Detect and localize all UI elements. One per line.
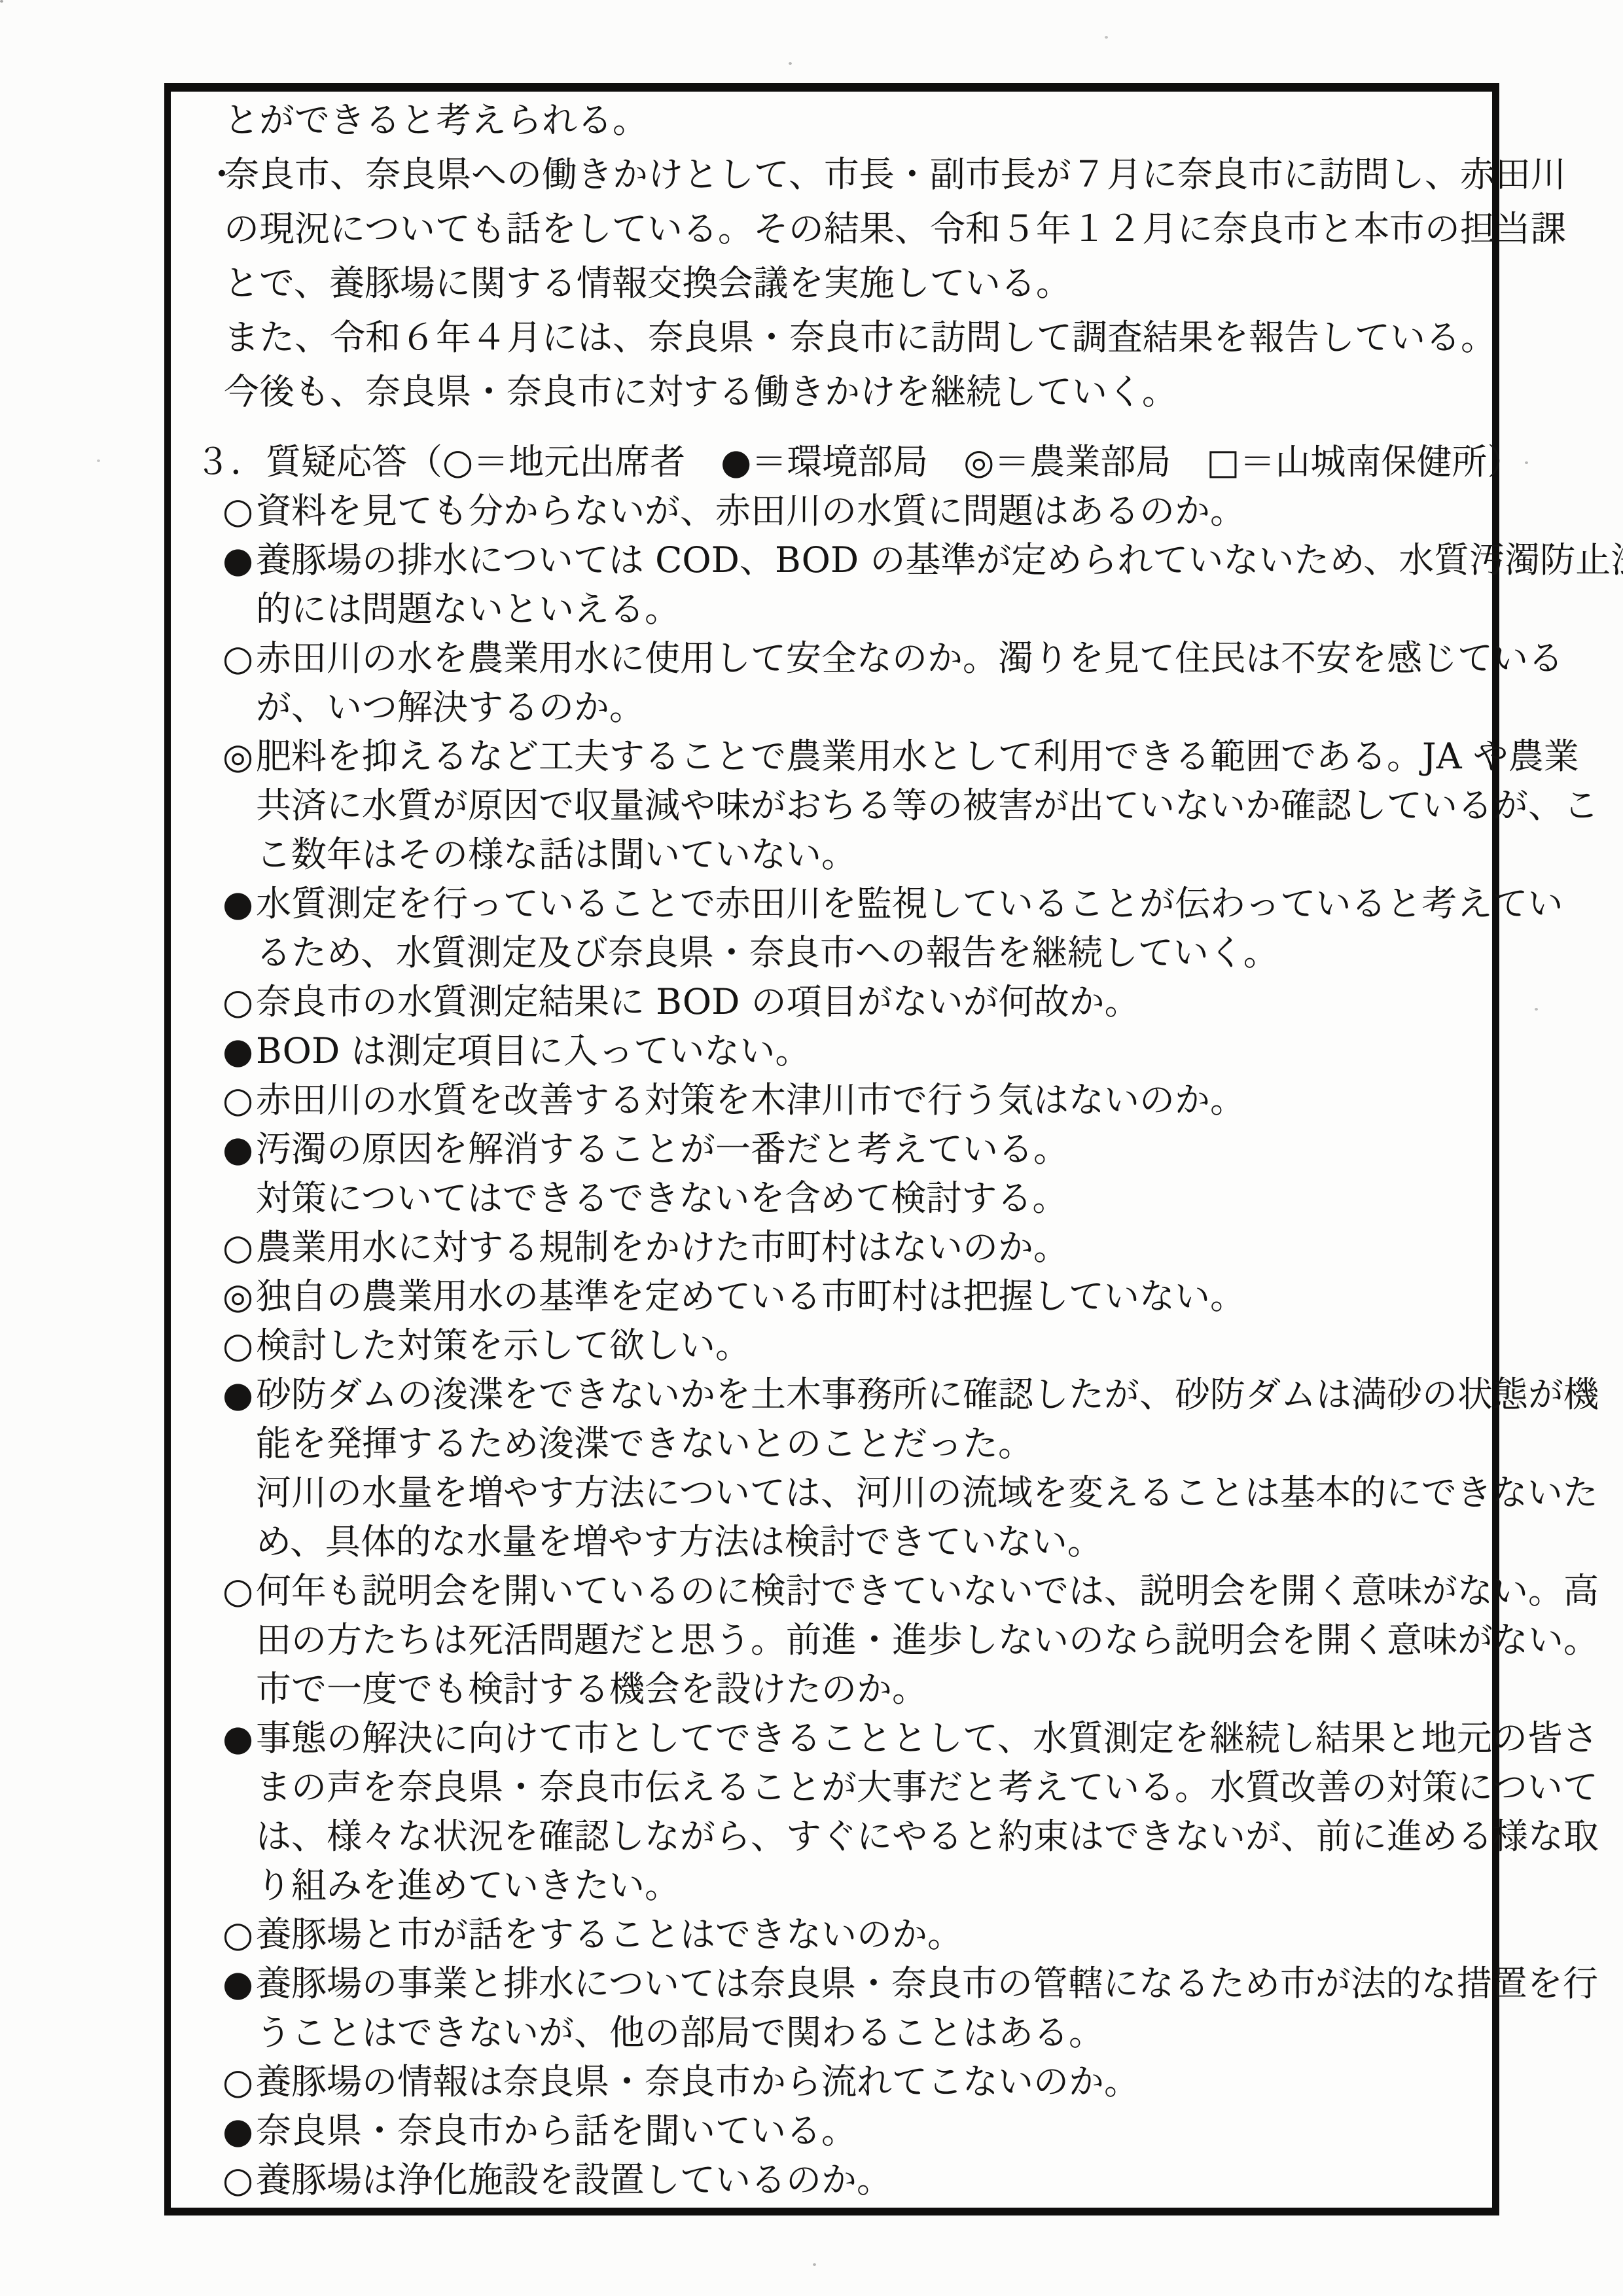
text-line: まの声を奈良県・奈良市伝えることが大事だと考えている。水質改善の対策について <box>171 1763 1492 1812</box>
text-line-body: 事態の解決に向けて市としてできることとして、水質測定を継続し結果と地元の皆さ <box>256 1717 1598 1759</box>
text-line: の現況についても話をしている。その結果、令和５年１２月に奈良市と本市の担当課 <box>171 202 1492 256</box>
marker-local-attendee: ○ <box>223 977 256 1026</box>
text-line: め、具体的な水量を増やす方法は検討できていない。 <box>171 1517 1492 1566</box>
text-line: ・奈良市、奈良県への働きかけとして、市長・副市長が７月に奈良市に訪問し、赤田川 <box>171 147 1492 202</box>
marker-local-attendee: ○ <box>223 2155 256 2204</box>
text-line-body: 赤田川の水を農業用水に使用して安全なのか。濁りを見て住民は不安を感じている <box>256 637 1563 679</box>
qa-entry: ○養豚場は浄化施設を設置しているのか。 <box>171 2155 1492 2204</box>
bullet-dot: ・ <box>204 147 224 202</box>
text-line: り組みを進めていきたい。 <box>171 1861 1492 1910</box>
text-line: また、令和６年４月には、奈良県・奈良市に訪問して調査結果を報告している。 <box>171 310 1492 365</box>
text-line: 能を発揮するため浚渫できないとのことだった。 <box>171 1419 1492 1468</box>
qa-section: ３．質疑応答（○＝地元出席者 ●＝環境部局 ◎＝農業部局 □＝山城南保健所） ○… <box>171 437 1492 2204</box>
marker-local-attendee: ○ <box>223 2057 256 2106</box>
text-line: ●汚濁の原因を解消することが一番だと考えている。 <box>171 1124 1492 1174</box>
marker-environment-bureau: ● <box>223 1124 256 1174</box>
text-line: ●BOD は測定項目に入っていない。 <box>171 1026 1492 1075</box>
qa-entry: ○農業用水に対する規制をかけた市町村はないのか。 <box>171 1223 1492 1272</box>
text-line: ●事態の解決に向けて市としてできることとして、水質測定を継続し結果と地元の皆さ <box>171 1713 1492 1763</box>
text-line: ○検討した対策を示して欲しい。 <box>171 1321 1492 1370</box>
marker-agriculture-bureau: ◎ <box>223 1272 256 1321</box>
marker-local-attendee: ○ <box>223 1321 256 1370</box>
text-line-body: 養豚場は浄化施設を設置しているのか。 <box>256 2159 892 2200</box>
marker-environment-bureau: ● <box>223 1959 256 2008</box>
marker-environment-bureau: ● <box>223 879 256 928</box>
report-paragraph: とができると考えられる。 ・奈良市、奈良県への働きかけとして、市長・副市長が７月… <box>171 93 1492 419</box>
text-line-body: 肥料を抑えるなど工夫することで農業用水として利用できる範囲である。JA や農業 <box>256 736 1579 777</box>
qa-entry: ◎肥料を抑えるなど工夫することで農業用水として利用できる範囲である。JA や農業… <box>171 732 1492 879</box>
marker-local-attendee: ○ <box>223 1223 256 1272</box>
text-line: ○農業用水に対する規制をかけた市町村はないのか。 <box>171 1223 1492 1272</box>
text-line: とができると考えられる。 <box>171 93 1492 147</box>
scanner-dust <box>0 0 3 3</box>
text-line: 共済に水質が原因で収量減や味がおちる等の被害が出ていないか確認しているが、こ <box>171 781 1492 830</box>
text-line-body: BOD は測定項目に入っていない。 <box>256 1030 810 1071</box>
qa-entry: ●事態の解決に向けて市としてできることとして、水質測定を継続し結果と地元の皆さ … <box>171 1713 1492 1910</box>
content-frame: とができると考えられる。 ・奈良市、奈良県への働きかけとして、市長・副市長が７月… <box>164 83 1499 2215</box>
text-line-body: 養豚場の事業と排水については奈良県・奈良市の管轄になるため市が法的な措置を行 <box>256 1963 1598 2004</box>
qa-entry: ○資料を見ても分からないが、赤田川の水質に問題はあるのか。 <box>171 486 1492 535</box>
section-number: ３． <box>195 441 266 482</box>
text-line: ○養豚場と市が話をすることはできないのか。 <box>171 1910 1492 1959</box>
marker-local-attendee: ○ <box>223 634 256 683</box>
text-line-body: 養豚場の排水については COD、BOD の基準が定められていないため、水質汚濁防… <box>256 539 1623 581</box>
qa-entry: ●砂防ダムの浚渫をできないかを土木事務所に確認したが、砂防ダムは満砂の状態が機 … <box>171 1370 1492 1566</box>
text-line: ●養豚場の排水については COD、BOD の基準が定められていないため、水質汚濁… <box>171 535 1492 584</box>
marker-local-attendee: ○ <box>223 1566 256 1615</box>
text-line: ○資料を見ても分からないが、赤田川の水質に問題はあるのか。 <box>171 486 1492 535</box>
marker-environment-bureau: ● <box>223 1713 256 1763</box>
text-line: ●奈良県・奈良市から話を聞いている。 <box>171 2106 1492 2155</box>
text-line-body: 水質測定を行っていることで赤田川を監視していることが伝わっていると考えてい <box>256 883 1563 924</box>
text-line: 市で一度でも検討する機会を設けたのか。 <box>171 1664 1492 1713</box>
text-line: ○奈良市の水質測定結果に BOD の項目がないが何故か。 <box>171 977 1492 1026</box>
text-line-body: 農業用水に対する規制をかけた市町村はないのか。 <box>256 1227 1069 1268</box>
text-line: とで、養豚場に関する情報交換会議を実施している。 <box>171 256 1492 310</box>
text-line-body: 赤田川の水質を改善する対策を木津川市で行う気はないのか。 <box>256 1079 1245 1121</box>
marker-environment-bureau: ● <box>223 1026 256 1075</box>
text-line-body: 養豚場の情報は奈良県・奈良市から流れてこないのか。 <box>256 2061 1139 2102</box>
marker-environment-bureau: ● <box>223 535 256 584</box>
text-line-body: 汚濁の原因を解消することが一番だと考えている。 <box>256 1128 1069 1170</box>
text-line-body: 何年も説明会を開いているのに検討できていないでは、説明会を開く意味がない。高 <box>256 1570 1599 1611</box>
qa-entry: ◎独自の農業用水の基準を定めている市町村は把握していない。 <box>171 1272 1492 1321</box>
text-line: ○養豚場は浄化施設を設置しているのか。 <box>171 2155 1492 2204</box>
qa-section-heading: ３．質疑応答（○＝地元出席者 ●＝環境部局 ◎＝農業部局 □＝山城南保健所） <box>171 437 1492 486</box>
text-line: ◎肥料を抑えるなど工夫することで農業用水として利用できる範囲である。JA や農業 <box>171 732 1492 781</box>
text-line-body: 養豚場と市が話をすることはできないのか。 <box>256 1914 963 1955</box>
scanned-page: とができると考えられる。 ・奈良市、奈良県への働きかけとして、市長・副市長が７月… <box>0 0 1623 2296</box>
marker-local-attendee: ○ <box>223 1910 256 1959</box>
text-line-body: 独自の農業用水の基準を定めている市町村は把握していない。 <box>256 1276 1245 1317</box>
text-line: 河川の水量を増やす方法については、河川の流域を変えることは基本的にできないた <box>171 1468 1492 1517</box>
qa-entry: ●汚濁の原因を解消することが一番だと考えている。 対策についてはできるできないを… <box>171 1124 1492 1223</box>
text-line-body: 砂防ダムの浚渫をできないかを土木事務所に確認したが、砂防ダムは満砂の状態が機 <box>256 1374 1599 1415</box>
marker-agriculture-bureau: ◎ <box>223 732 256 781</box>
text-line: ○赤田川の水質を改善する対策を木津川市で行う気はないのか。 <box>171 1075 1492 1124</box>
section-title: 質疑応答 <box>266 441 407 482</box>
text-line: 対策についてはできるできないを含めて検討する。 <box>171 1174 1492 1223</box>
text-line-body: 検討した対策を示して欲しい。 <box>256 1325 751 1366</box>
qa-entry: ●奈良県・奈良市から話を聞いている。 <box>171 2106 1492 2155</box>
text-line: ●砂防ダムの浚渫をできないかを土木事務所に確認したが、砂防ダムは満砂の状態が機 <box>171 1370 1492 1419</box>
qa-entry: ○何年も説明会を開いているのに検討できていないでは、説明会を開く意味がない。高 … <box>171 1566 1492 1713</box>
marker-local-attendee: ○ <box>223 1075 256 1124</box>
speaker-legend: （○＝地元出席者 ●＝環境部局 ◎＝農業部局 □＝山城南保健所） <box>407 441 1522 482</box>
text-line-body: 奈良県・奈良市から話を聞いている。 <box>256 2110 857 2151</box>
qa-entry: ●養豚場の排水については COD、BOD の基準が定められていないため、水質汚濁… <box>171 535 1492 634</box>
text-line: こ数年はその様な話は聞いていない。 <box>171 830 1492 879</box>
qa-entry: ●水質測定を行っていることで赤田川を監視していることが伝わっていると考えてい る… <box>171 879 1492 977</box>
text-line: ○赤田川の水を農業用水に使用して安全なのか。濁りを見て住民は不安を感じている <box>171 634 1492 683</box>
text-line: ◎独自の農業用水の基準を定めている市町村は把握していない。 <box>171 1272 1492 1321</box>
text-line: 今後も、奈良県・奈良市に対する働きかけを継続していく。 <box>171 365 1492 419</box>
text-line: ●水質測定を行っていることで赤田川を監視していることが伝わっていると考えてい <box>171 879 1492 928</box>
text-line-body: 奈良市の水質測定結果に BOD の項目がないが何故か。 <box>256 981 1140 1022</box>
qa-entry: ○赤田川の水を農業用水に使用して安全なのか。濁りを見て住民は不安を感じている が… <box>171 634 1492 732</box>
text-line: るため、水質測定及び奈良県・奈良市への報告を継続していく。 <box>171 928 1492 977</box>
marker-local-attendee: ○ <box>223 486 256 535</box>
qa-entry: ●養豚場の事業と排水については奈良県・奈良市の管轄になるため市が法的な措置を行 … <box>171 1959 1492 2057</box>
qa-entry: ●BOD は測定項目に入っていない。 <box>171 1026 1492 1075</box>
text-line: ○養豚場の情報は奈良県・奈良市から流れてこないのか。 <box>171 2057 1492 2106</box>
text-line-body: 資料を見ても分からないが、赤田川の水質に問題はあるのか。 <box>256 490 1245 531</box>
text-line: ○何年も説明会を開いているのに検討できていないでは、説明会を開く意味がない。高 <box>171 1566 1492 1615</box>
text-line: が、いつ解決するのか。 <box>171 683 1492 732</box>
text-line-body: 奈良市、奈良県への働きかけとして、市長・副市長が７月に奈良市に訪問し、赤田川 <box>224 154 1566 195</box>
text-line: ●養豚場の事業と排水については奈良県・奈良市の管轄になるため市が法的な措置を行 <box>171 1959 1492 2008</box>
qa-entry: ○奈良市の水質測定結果に BOD の項目がないが何故か。 <box>171 977 1492 1026</box>
text-line: は、様々な状況を確認しながら、すぐにやると約束はできないが、前に進める様な取 <box>171 1812 1492 1861</box>
marker-environment-bureau: ● <box>223 2106 256 2155</box>
qa-entry: ○検討した対策を示して欲しい。 <box>171 1321 1492 1370</box>
qa-entry: ○養豚場と市が話をすることはできないのか。 <box>171 1910 1492 1959</box>
marker-environment-bureau: ● <box>223 1370 256 1419</box>
text-line: 的には問題ないといえる。 <box>171 584 1492 634</box>
qa-entry: ○養豚場の情報は奈良県・奈良市から流れてこないのか。 <box>171 2057 1492 2106</box>
qa-entry: ○赤田川の水質を改善する対策を木津川市で行う気はないのか。 <box>171 1075 1492 1124</box>
text-line: 田の方たちは死活問題だと思う。前進・進歩しないのなら説明会を開く意味がない。 <box>171 1615 1492 1664</box>
text-line: うことはできないが、他の部局で関わることはある。 <box>171 2008 1492 2057</box>
